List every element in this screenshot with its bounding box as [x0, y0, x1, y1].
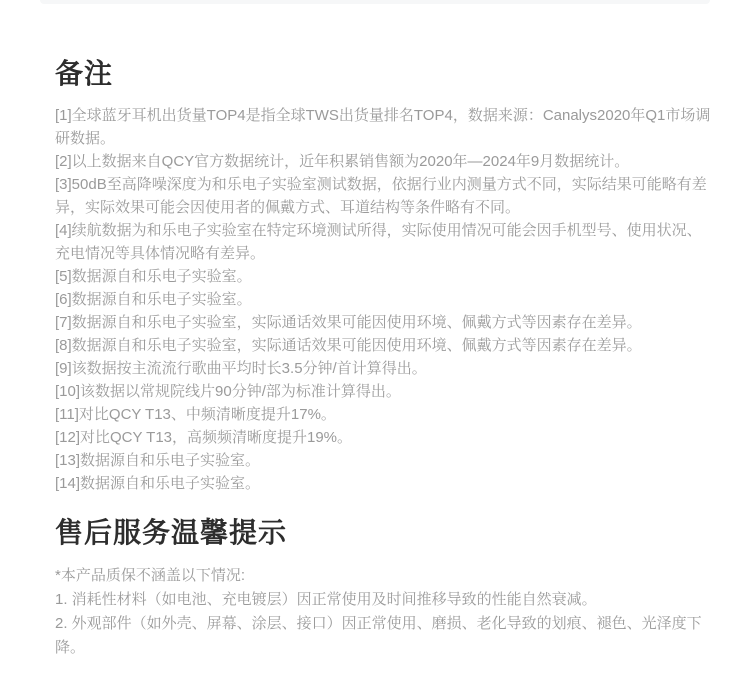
previous-section-card-edge	[40, 0, 710, 4]
note-item-11: [11]对比QCY T13、中频清晰度提升17%。	[55, 403, 712, 426]
after-sales-section: 售后服务温馨提示 *本产品质保不涵盖以下情况: 1. 消耗性材料（如电池、充电镀…	[0, 517, 750, 660]
note-item-6: [6]数据源自和乐电子实验室。	[55, 288, 712, 311]
note-item-9: [9]该数据按主流流行歌曲平均时长3.5分钟/首计算得出。	[55, 357, 712, 380]
notes-list: [1]全球蓝牙耳机出货量TOP4是指全球TWS出货量排名TOP4，数据来源：Ca…	[55, 104, 712, 495]
warranty-intro: *本产品质保不涵盖以下情况:	[55, 564, 712, 588]
product-detail-footer-page: 备注 [1]全球蓝牙耳机出货量TOP4是指全球TWS出货量排名TOP4，数据来源…	[0, 0, 750, 660]
note-item-8: [8]数据源自和乐电子实验室，实际通话效果可能因使用环境、佩戴方式等因素存在差异…	[55, 334, 712, 357]
note-item-2: [2]以上数据来自QCY官方数据统计，近年积累销售额为2020年—2024年9月…	[55, 150, 712, 173]
notes-title: 备注	[55, 58, 712, 90]
after-sales-title: 售后服务温馨提示	[55, 517, 712, 549]
warranty-item-2: 2. 外观部件（如外壳、屏幕、涂层、接口）因正常使用、磨损、老化导致的划痕、褪色…	[55, 612, 712, 660]
note-item-5: [5]数据源自和乐电子实验室。	[55, 265, 712, 288]
note-item-14: [14]数据源自和乐电子实验室。	[55, 472, 712, 495]
note-item-12: [12]对比QCY T13，高频频清晰度提升19%。	[55, 426, 712, 449]
note-item-10: [10]该数据以常规院线片90分钟/部为标准计算得出。	[55, 380, 712, 403]
note-item-1: [1]全球蓝牙耳机出货量TOP4是指全球TWS出货量排名TOP4，数据来源：Ca…	[55, 104, 712, 150]
note-item-4: [4]续航数据为和乐电子实验室在特定环境测试所得，实际使用情况可能会因手机型号、…	[55, 219, 712, 265]
note-item-7: [7]数据源自和乐电子实验室，实际通话效果可能因使用环境、佩戴方式等因素存在差异…	[55, 311, 712, 334]
warranty-item-1: 1. 消耗性材料（如电池、充电镀层）因正常使用及时间推移导致的性能自然衰减。	[55, 588, 712, 612]
note-item-3: [3]50dB至高降噪深度为和乐电子实验室测试数据，依据行业内测量方式不同，实际…	[55, 173, 712, 219]
note-item-13: [13]数据源自和乐电子实验室。	[55, 449, 712, 472]
notes-section: 备注 [1]全球蓝牙耳机出货量TOP4是指全球TWS出货量排名TOP4，数据来源…	[0, 58, 750, 495]
